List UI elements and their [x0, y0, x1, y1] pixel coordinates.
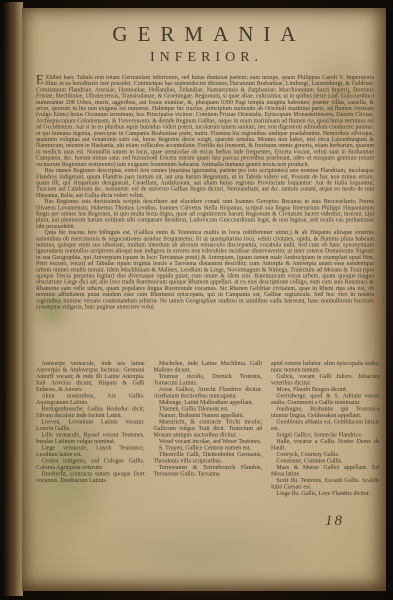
book-page-edges: [3, 2, 23, 596]
synonym-entry: Maes & Muese Gallici appellant. Est Mosa…: [271, 464, 380, 477]
synonym-entry: Aken nostratibus, Aix Gallis. Aquisgranu…: [36, 393, 145, 406]
synonym-entry: Gemblours abbatia est, Gemblacum latinis…: [271, 419, 380, 432]
page-title: GERMANIA: [22, 22, 386, 47]
page-number: 18: [325, 513, 344, 530]
synonym-entry: Antwerpe vernacule, inde nos latine Antv…: [36, 360, 145, 393]
synonym-entry: Joudoigne, Brabantis qui Teutonica utunt…: [271, 406, 380, 419]
synonym-entry: Scelt flu. Teutonis, Escault Gallis. Sca…: [271, 477, 380, 490]
synonym-entry: Thionville Galli, Diettenhofen Germanis,…: [154, 451, 263, 464]
synonym-entry: Gulick, vocant Galli Juliers. Juliacum v…: [271, 373, 380, 386]
paragraph-1: EXhibet haec Tabula non totam Germaniam …: [36, 74, 374, 167]
paragraph-1-text: Xhibet haec Tabula non totam Germaniam i…: [36, 74, 374, 167]
synonym-entry: Arras Gallice, Atrecht Flandrice dicitur…: [154, 386, 263, 399]
synonym-entry: Maestricht, & contracte Tricht incolis; …: [154, 419, 263, 439]
synonym-column-2: Machelen, inde Latine Machlinia. Galli M…: [154, 360, 263, 497]
synonym-column-3: apud veteres habetur. olim episcopalis s…: [271, 360, 380, 497]
synonym-entry: Hertogenbossche, Gallus Bosleduc dicit; …: [36, 406, 145, 419]
synonym-entry: Liege vernacule, Luyck Teutonice, Leodiu…: [36, 445, 145, 458]
paragraph-2: Has omnes Regiones descriptas, exteri fe…: [36, 167, 374, 198]
synonym-entry: Loeven, Lovanium Latinis vocatur. Louvin…: [36, 419, 145, 432]
synonym-entry: Machelen, inde Latine Machlinia. Galli M…: [154, 360, 263, 373]
synonym-entry: Dordrecht, contracta tamen quoque Dort v…: [36, 471, 145, 484]
synonym-entry: Liege flu. Gallis, Leye Flandris dicitur…: [271, 490, 380, 497]
synonym-entry: Geertsberge, quod & S. Adriani vocari au…: [271, 393, 380, 406]
paragraph-4: Quia hic tractus fere bilinguis est, (Ga…: [36, 229, 374, 310]
book-page: GERMANIA INFERIOR. EXhibet haec Tabula n…: [22, 8, 386, 591]
synonym-entry-continuation: apud veteres habetur. olim episcopalis s…: [271, 360, 380, 373]
page-subtitle: INFERIOR.: [22, 50, 386, 66]
synonym-entry: Ceulen indigenis, sed Cologne Gallis. Co…: [36, 458, 145, 471]
synonym-entry: Lille vernacule, Ryssel vocant Teutones.…: [36, 432, 145, 445]
synonym-entry: Terrewanen & Terrenbourch Flandris, Tero…: [154, 464, 263, 477]
drop-cap: E: [36, 74, 45, 86]
synonym-column-1: Antwerpe vernacule, inde nos latine Antv…: [36, 360, 145, 497]
synonym-entry: Tournay incolis, Dornick Teutonis, Torna…: [154, 373, 263, 386]
synonym-entry: Halle, vocatur a Gallis Nostre Dame de H…: [271, 438, 380, 451]
paragraph-3: Has Regiones suis doctissimis scriptis d…: [36, 198, 374, 229]
photo-background: GERMANIA INFERIOR. EXhibet haec Tabula n…: [0, 0, 393, 600]
main-text-block: EXhibet haec Tabula non totam Germaniam …: [36, 74, 374, 358]
